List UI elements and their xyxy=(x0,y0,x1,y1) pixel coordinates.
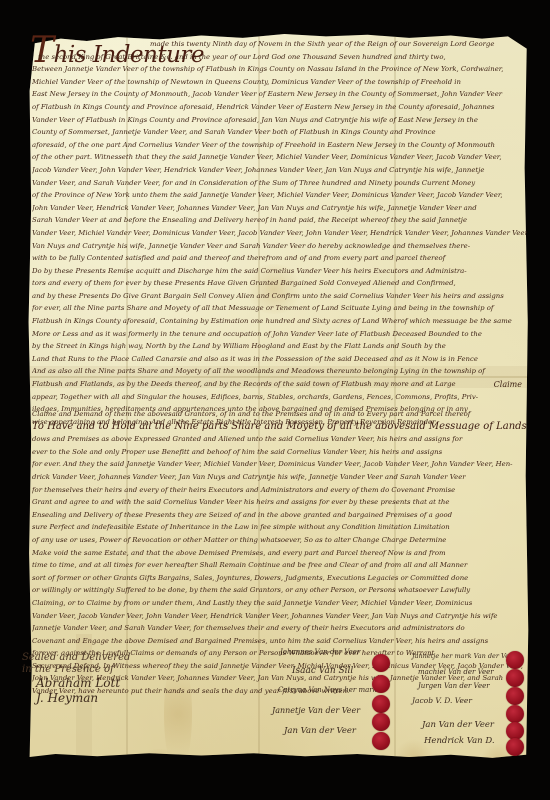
deed-body-upper: made this twenty Ninth day of Novem in t… xyxy=(32,38,527,428)
text-line: Van Nuys and Catryntje his wife, Jannetj… xyxy=(32,240,527,253)
signature: Jan Van der Veer xyxy=(284,726,356,736)
text-line: Vander Veer, and Sarah Vander Veer, for … xyxy=(32,177,527,190)
water-stain xyxy=(134,749,184,789)
text-line: or willingly or wittingly Suffered to be… xyxy=(32,584,527,597)
text-line: East New Jersey in the County of Monmout… xyxy=(32,88,527,101)
text-line: Michiel Vander Veer of the township of N… xyxy=(32,76,527,89)
text-line: of the other part. Witnesseth that they … xyxy=(32,151,527,164)
text-line: Land that Runs to the Place Called Canar… xyxy=(32,353,527,366)
signature: Jurgen Van der Veer xyxy=(418,682,490,690)
wax-seal xyxy=(372,675,390,693)
text-line: And as also all the Nine parts Share and… xyxy=(32,365,527,378)
text-line: Vander Veer, Jacob Vander Veer, John Van… xyxy=(32,610,527,623)
text-line: for ever, all the Nine parts Share and M… xyxy=(32,302,527,315)
witness-block: Sealed and Delivered in the Presence of … xyxy=(22,652,130,706)
text-line: Flatbush and Flatlands, as by the Deeds … xyxy=(32,378,527,391)
text-line: Covenant and Engage the above Demised an… xyxy=(32,635,527,648)
text-line: tors and every of them for ever by these… xyxy=(32,277,527,290)
text-line: aforesaid, of the one part And Cornelius… xyxy=(32,139,527,152)
text-line-habendum: To Have and to Hold all the Nine parts S… xyxy=(32,421,527,434)
text-line: for themselves their heirs and every of … xyxy=(32,484,527,497)
text-line: ever to the Sole and only Proper use Ben… xyxy=(32,446,527,459)
text-line: with to be fully Contented satisfied and… xyxy=(32,252,527,265)
text-line: Make void the same Estate, and that the … xyxy=(32,547,527,560)
wax-seal xyxy=(372,654,390,672)
text-line: Ensealing and Delivery of these Presents… xyxy=(32,509,527,522)
text-line: John Vander Veer, Hendrick Vander Veer, … xyxy=(32,202,527,215)
text-line: Sarah Vander Veer at and before the Ense… xyxy=(32,214,527,227)
text-line: by the Street in Kings high way, North b… xyxy=(32,340,527,353)
signature: machiel Van der Veer xyxy=(418,668,494,676)
text-line: County of Sommerset, Jannetje Vander Vee… xyxy=(32,126,527,139)
text-line: Jacob Vander Veer, John Vander Veer, Hen… xyxy=(32,164,527,177)
text-line: time to time, and at all times for ever … xyxy=(32,559,527,572)
text-line: dows and Premises as above Expressed Gra… xyxy=(32,433,527,446)
signature: Hendrick Van D. xyxy=(424,736,495,746)
text-line: Claiming, or to Claime by from or under … xyxy=(32,597,527,610)
text-line: drick Vander Veer, Johannes Vander Veer,… xyxy=(32,471,527,484)
text-line: of any use or uses, Power of Revocation … xyxy=(32,534,527,547)
signature: Jannetje her mark Van der Veer xyxy=(412,652,516,660)
text-line: Vander Veer, Michiel Vander Veer, Domini… xyxy=(32,227,527,240)
text-line: Claime and Demand of them the abovesaid … xyxy=(32,408,527,421)
witness-signature: Abraham Lott xyxy=(22,676,130,691)
water-stain xyxy=(34,754,94,794)
text-line: and by these Presents Do Give Grant Barg… xyxy=(32,290,527,303)
text-line: the second King of Great Brittaine &c. a… xyxy=(32,51,527,64)
signature: Johannes Van der Veer xyxy=(280,648,360,656)
wax-seal xyxy=(506,687,524,705)
wax-seal xyxy=(506,651,524,669)
text-line: Vander Veer of Flatbush in Kings County … xyxy=(32,114,527,127)
wax-seal xyxy=(372,732,390,750)
text-line: made this twenty Ninth day of Novem in t… xyxy=(32,38,527,51)
text-line: More or Less and as it was formerly in t… xyxy=(32,328,527,341)
text-line: Between Jannetje Vander Veer of the town… xyxy=(32,63,527,76)
wax-seal xyxy=(372,695,390,713)
signature: Jacob V. D. Veer xyxy=(412,696,472,705)
witness-label: in the Presence of xyxy=(22,664,130,676)
catchword: Claime xyxy=(494,380,522,389)
signature: Jannetje Van der Veer xyxy=(272,706,360,715)
text-line: of Flatbush in Kings County and Province… xyxy=(32,101,527,114)
text-line: for ever. And they the said Jannetje Van… xyxy=(32,458,527,471)
wax-seal xyxy=(506,669,524,687)
signature: Jan Van der Veer xyxy=(422,720,494,730)
witness-signature: J. Heyman xyxy=(22,691,130,706)
signatures-right: Jannetje her mark Van der Veer machiel V… xyxy=(408,648,518,778)
text-line: sort of former or other Grants Gifts Bar… xyxy=(32,572,527,585)
text-line: Jannetje Vander Veer, and Sarah Vander V… xyxy=(32,622,527,635)
text-line: Grant and agree to and with the said Cor… xyxy=(32,496,527,509)
signature: Isaac Van Sill xyxy=(292,666,353,676)
text-line: sure Perfect and indefeasible Estate of … xyxy=(32,521,527,534)
signature: Catryna Van Nuys her mark xyxy=(278,686,377,694)
wax-seal xyxy=(372,713,390,731)
wax-seal xyxy=(506,705,524,723)
witness-label: Sealed and Delivered xyxy=(22,652,130,664)
text-line: Flatbush in Kings County aforesaid, Cont… xyxy=(32,315,527,328)
text-line: Do by these Presents Remise acquitt and … xyxy=(32,265,527,278)
text-line: of the Province of New York unto them th… xyxy=(32,189,527,202)
text-line: appear, Together with all and Singular t… xyxy=(32,391,527,404)
wax-seal xyxy=(506,738,524,756)
